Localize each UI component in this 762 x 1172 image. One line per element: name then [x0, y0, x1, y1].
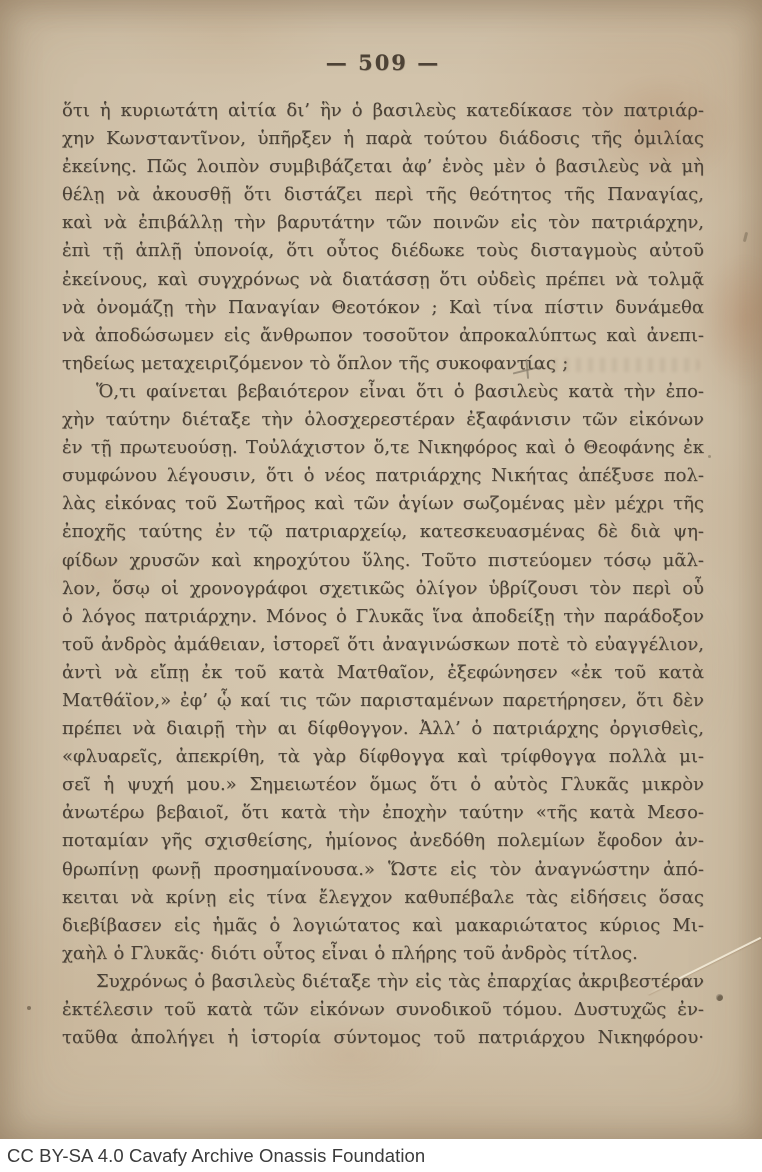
page-number: — 509 —	[62, 50, 704, 75]
text-line: ἐκτέλεσιν τοῦ κατὰ τῶν εἰκόνων συνοδικοῦ…	[62, 996, 704, 1024]
scanned-book-page-view: — 509 — ὅτι ἡ κυριωτάτη αἰτία δι’ ἣν ὁ β…	[0, 0, 762, 1172]
text-line: ἐν τῇ πρωτευούσῃ. Τοὐλάχιστον ὅ,τε Νικηφ…	[62, 434, 704, 462]
ink-speck	[27, 1006, 31, 1010]
text-line: ποταμίαν γῆς σχισθείσης, ἡμίονος ἀνεδόθη…	[62, 827, 704, 855]
text-line: ὁ λόγος πατριάρχην. Μόνος ὁ Γλυκᾶς ἵνα ἀ…	[62, 603, 704, 631]
text-line: θέλῃ νὰ ἀκουσθῇ ὅτι διστάζει περὶ τῆς θε…	[62, 181, 704, 209]
text-line: θρωπίνῃ φωνῇ προσημαίνουσα.» Ὥστε εἰς τὸ…	[62, 856, 704, 884]
paper-sheet: — 509 — ὅτι ἡ κυριωτάτη αἰτία δι’ ἣν ὁ β…	[0, 0, 762, 1139]
text-line: λὰς εἰκόνας τοῦ Σωτῆρος καὶ τῶν ἁγίων σω…	[62, 490, 704, 518]
text-line: ταῦθα ἀπολήγει ἡ ἱστορία σύντομος τοῦ πα…	[62, 1024, 704, 1052]
text-line: ἐκείνης. Πῶς λοιπὸν συμβιβάζεται ἀφ’ ἑνὸ…	[62, 153, 704, 181]
text-line: Συχρόνως ὁ βασιλεὺς διέταξε τὴν εἰς τὰς …	[62, 968, 704, 996]
text-line: χαὴλ ὁ Γλυκᾶς· διότι οὗτος εἶναι ὁ πλήρη…	[62, 940, 704, 968]
license-bar: CC BY-SA 4.0 Cavafy Archive Onassis Foun…	[0, 1139, 762, 1172]
text-line: φίδων χρυσῶν καὶ κηροχύτου ὕλης. Τοῦτο π…	[62, 547, 704, 575]
text-line: Ὅ,τι φαίνεται βεβαιότερον εἶναι ὅτι ὁ βα…	[62, 378, 704, 406]
text-line: νὰ ὀνομάζῃ τὴν Παναγίαν Θεοτόκον ; Καὶ τ…	[62, 294, 704, 322]
license-text: CC BY-SA 4.0 Cavafy Archive Onassis Foun…	[7, 1145, 425, 1167]
text-line: ἀνωτέρω βεβαιοῖ, ὅτι κατὰ τὴν ἐποχὴν ταύ…	[62, 799, 704, 827]
text-line: πρέπει νὰ διαιρῇ τὴν αι δίφθογγον. Ἀλλ’ …	[62, 715, 704, 743]
text-line: διεβίβασεν εἰς ἡμᾶς ὁ λογιώτατος καὶ μακ…	[62, 912, 704, 940]
show-through-smudge	[552, 358, 700, 372]
paper-stain	[700, 250, 762, 390]
text-line: ἐποχῆς ταύτης ἐν τῷ πατριαρχείῳ, κατεσκε…	[62, 518, 704, 546]
text-line: καὶ νὰ ἐπιβάλλῃ τὴν βαρυτάτην τῶν ποινῶν…	[62, 209, 704, 237]
text-line: νὰ ἀποδώσωμεν εἰς ἄνθρωπον τοσοῦτον ἀπρο…	[62, 322, 704, 350]
body-text: ὅτι ἡ κυριωτάτη αἰτία δι’ ἣν ὁ βασιλεὺς …	[62, 97, 704, 1052]
text-line: χην Κωνσταντῖνον, ὑπῆρξεν ἡ παρὰ τούτου …	[62, 125, 704, 153]
text-line: χὴν ταύτην διέταξε τὴν ὁλοσχερεστέραν ἐξ…	[62, 406, 704, 434]
text-line: σεῖ ἡ ψυχή μου.» Σημειωτέον ὅμως ὅτι ὁ α…	[62, 771, 704, 799]
text-line: ἐκείνους, καὶ συγχρόνως νὰ διατάσσῃ ὅτι …	[62, 266, 704, 294]
margin-pen-mark	[743, 232, 748, 242]
text-line: ἐπὶ τῇ ἁπλῇ ὑπονοίᾳ, ὅτι οὗτος διέδωκε τ…	[62, 237, 704, 265]
text-line: κειται νὰ κρίνῃ εἰς τίνα ἔλεγχον καθυπέβ…	[62, 884, 704, 912]
text-line: λον, ὅσῳ οἱ χρονογράφοι σχετικῶς ὀλίγον …	[62, 575, 704, 603]
text-line: ἀντὶ νὰ εἴπῃ ἐκ τοῦ κατὰ Ματθαῖον, ἐξεφώ…	[62, 659, 704, 687]
ink-speck	[708, 455, 711, 458]
text-line: ὅτι ἡ κυριωτάτη αἰτία δι’ ἣν ὁ βασιλεὺς …	[62, 97, 704, 125]
text-line: τοῦ ἀνδρὸς ἀμάθειαν, ἱστορεῖ ὅτι ἀναγινώ…	[62, 631, 704, 659]
text-line: «φλυαρεῖς, ἀπεκρίθη, τὰ γὰρ δίφθογγα καὶ…	[62, 743, 704, 771]
text-line: Ματθάϊον,» ἐφ’ ᾧ καί τις τῶν παρισταμένω…	[62, 687, 704, 715]
text-line: συμφώνου λέγουσιν, ὅτι ὁ νέος πατριάρχης…	[62, 462, 704, 490]
ink-speck	[716, 994, 723, 1001]
